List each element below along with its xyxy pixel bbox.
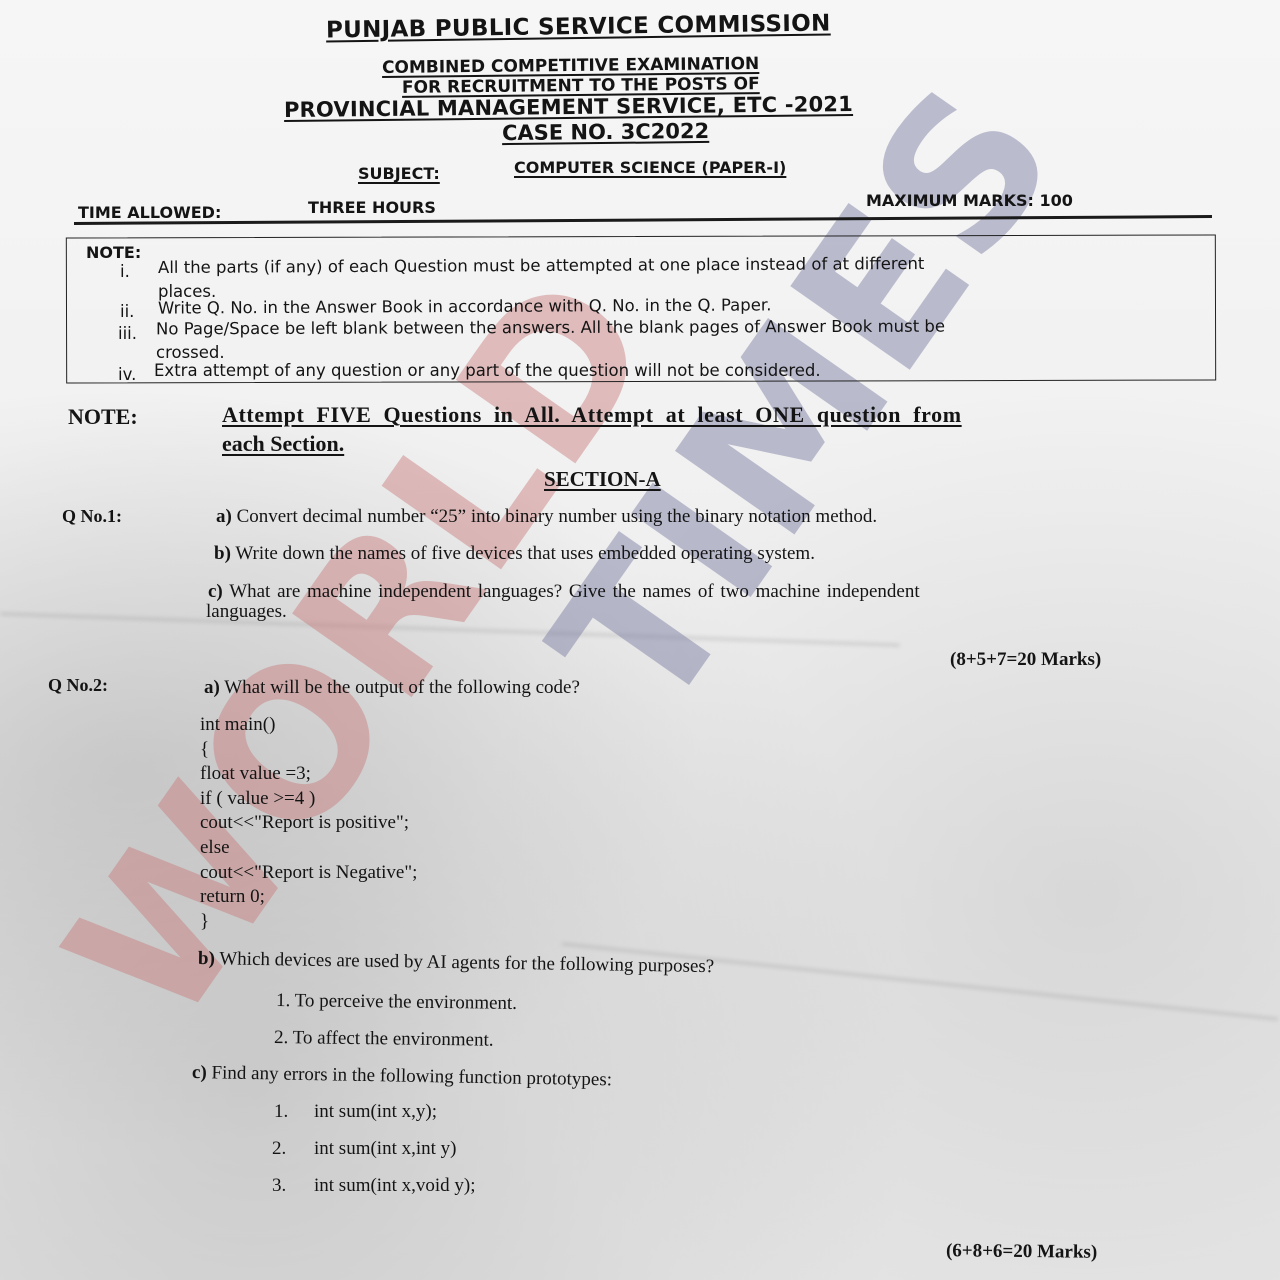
part-key: c) — [192, 1062, 207, 1083]
code-line: } — [200, 910, 417, 935]
instruction-item: No Page/Space be left blank between the … — [156, 317, 945, 339]
instruction-item-cont: crossed. — [156, 343, 225, 362]
question-1-marks: (8+5+7=20 Marks) — [950, 649, 1101, 671]
case-number: CASE NO. 3C2022 — [502, 119, 709, 145]
prototype-item: int sum(int x,int y) — [314, 1138, 457, 1160]
time-allowed-value: THREE HOURS — [308, 198, 436, 217]
instruction-number: iv. — [118, 365, 136, 384]
part-key: c) — [208, 581, 223, 602]
instruction-number: i. — [120, 262, 130, 281]
question-1-part-c: c) What are machine independent language… — [208, 581, 920, 603]
code-line: else — [200, 836, 417, 861]
code-line: if ( value >=4 ) — [200, 787, 417, 812]
part-key: b) — [198, 948, 215, 969]
time-allowed-label: TIME ALLOWED: — [78, 203, 221, 222]
instruction-item: Extra attempt of any question or any par… — [154, 361, 821, 380]
question-2-marks: (6+8+6=20 Marks) — [946, 1240, 1097, 1264]
prototype-item: int sum(int x,void y); — [314, 1175, 476, 1197]
code-line: int main() — [200, 713, 417, 738]
question-1-part-b: b) Write down the names of five devices … — [214, 543, 815, 565]
question-2-part-b-item: 1. To perceive the environment. — [276, 990, 517, 1015]
prototype-number: 2. — [272, 1138, 286, 1160]
code-line: return 0; — [200, 885, 417, 910]
code-line: cout<<"Report is Negative"; — [200, 861, 417, 886]
subject-label: SUBJECT: — [358, 164, 440, 183]
instruction-item: Write Q. No. in the Answer Book in accor… — [158, 295, 772, 317]
question-2-part-b-item: 2. To affect the environment. — [274, 1027, 494, 1052]
prototype-number: 1. — [274, 1101, 288, 1123]
code-block: int main() { float value =3; if ( value … — [200, 713, 417, 934]
prototype-item: int sum(int x,y); — [314, 1101, 437, 1123]
instruction-item: All the parts (if any) of each Question … — [158, 254, 924, 277]
code-line: float value =3; — [200, 762, 417, 787]
code-line: cout<<"Report is positive"; — [200, 811, 417, 836]
part-key: b) — [214, 543, 231, 564]
code-line: { — [200, 738, 417, 763]
maximum-marks: MAXIMUM MARKS: 100 — [866, 191, 1073, 210]
main-note-line2: each Section. — [222, 431, 344, 457]
subject-value: COMPUTER SCIENCE (PAPER-I) — [514, 158, 786, 177]
question-1-part-c-cont: languages. — [206, 601, 287, 623]
part-key: a) — [216, 506, 232, 527]
section-title: SECTION-A — [544, 467, 661, 492]
main-note-line1: Attempt FIVE Questions in All. Attempt a… — [222, 402, 962, 428]
question-1-label: Q No.1: — [62, 506, 122, 527]
instruction-number: iii. — [118, 324, 137, 343]
question-2-part-a: a) What will be the output of the follow… — [204, 677, 580, 699]
part-text: What are machine independent languages? … — [229, 581, 919, 602]
instruction-number: ii. — [120, 302, 134, 321]
part-text: Convert decimal number “25” into binary … — [237, 506, 878, 527]
question-2-label: Q No.2: — [48, 675, 108, 696]
main-note-label: NOTE: — [68, 404, 138, 430]
instructions-title: NOTE: — [86, 243, 141, 262]
prototype-number: 3. — [272, 1175, 286, 1197]
part-text: Write down the names of five devices tha… — [235, 543, 815, 564]
part-text: What will be the output of the following… — [224, 677, 580, 698]
question-1-part-a: a) Convert decimal number “25” into bina… — [216, 506, 877, 528]
part-key: a) — [204, 677, 220, 698]
